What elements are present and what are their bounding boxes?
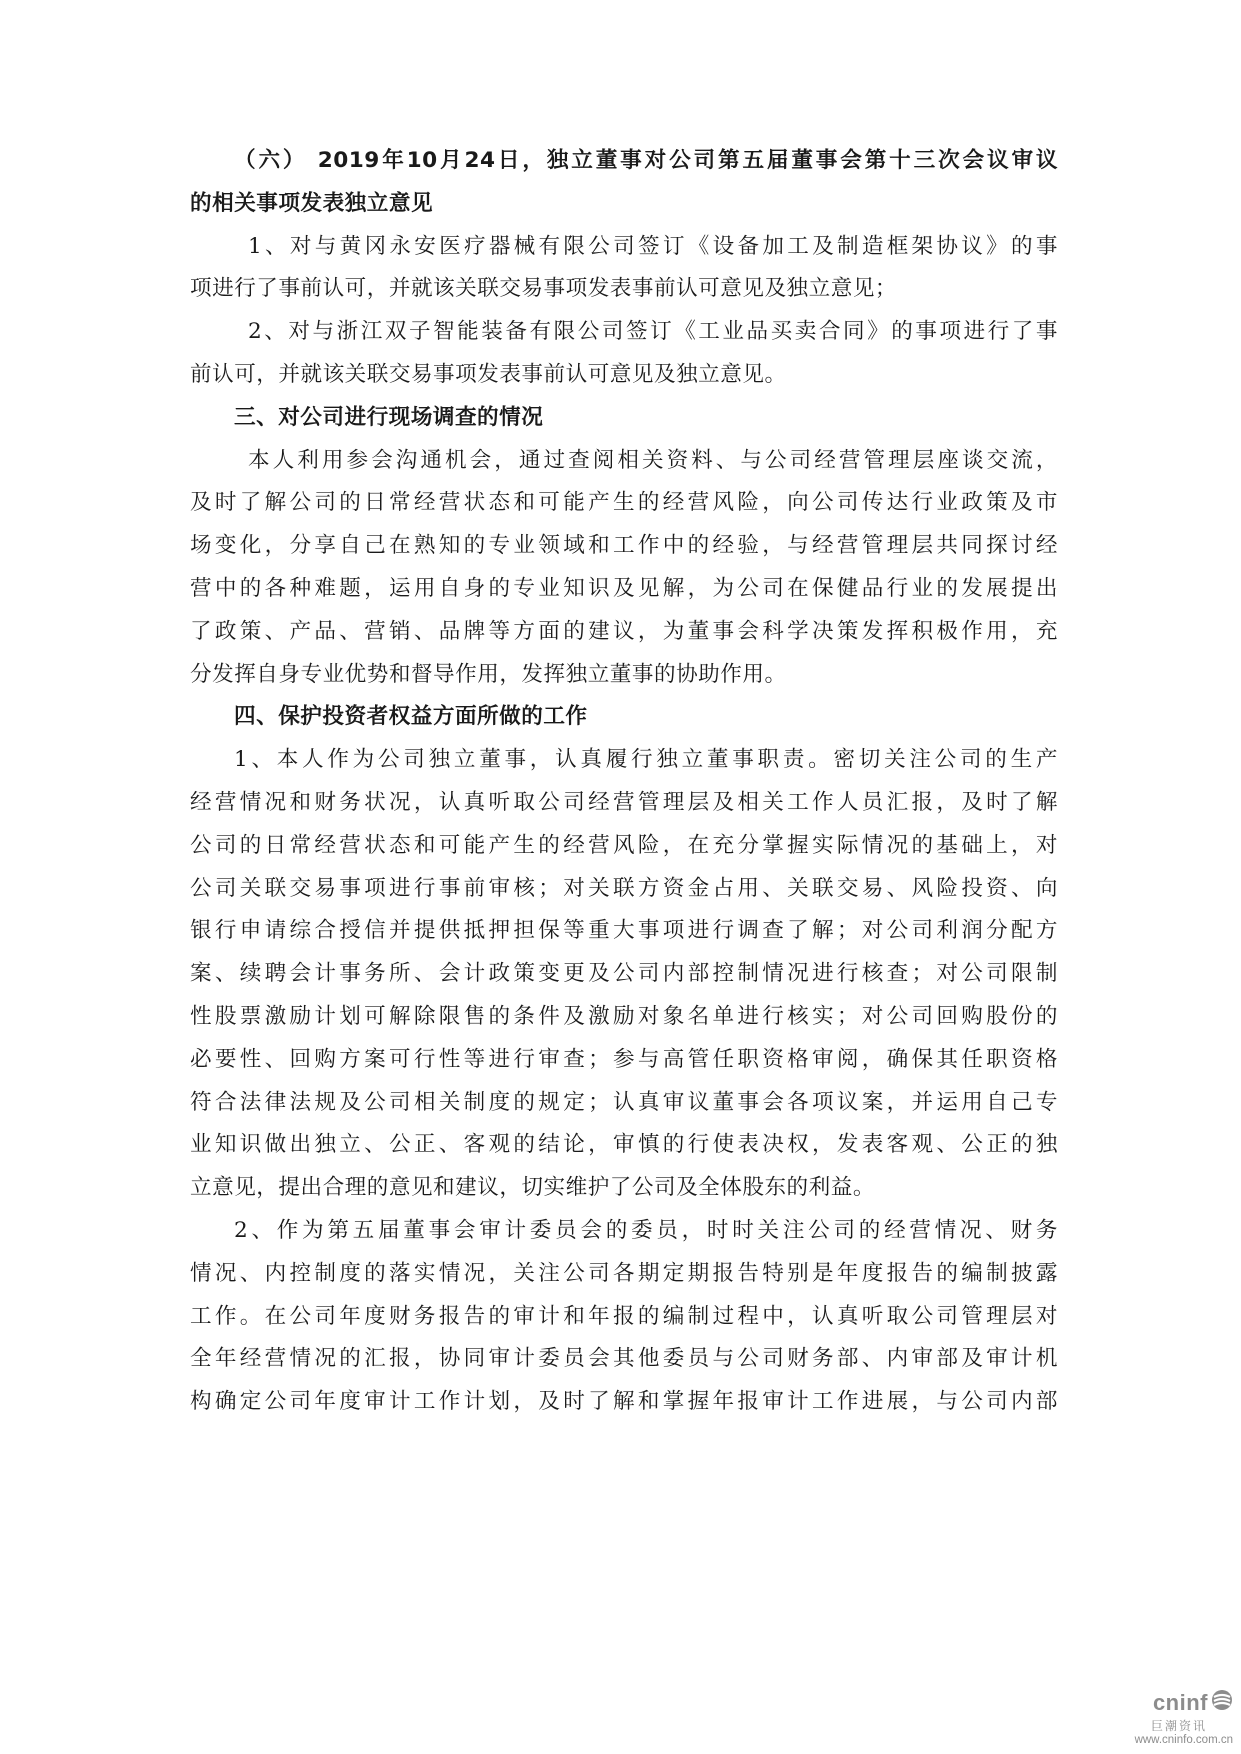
section4-item1-line-3: 公司的日常经营状态和可能产生的经营风险，在充分掌握实际情况的基础上，对 xyxy=(190,825,1058,868)
cninfo-chinese-name: 巨潮资讯 xyxy=(1135,1717,1207,1734)
section4-item1-line-4: 公司关联交易事项进行事前审核；对关联方资金占用、关联交易、风险投资、向 xyxy=(190,868,1058,911)
section4-item1-line-6: 案、续聘会计事务所、会计政策变更及公司内部控制情况进行核查；对公司限制 xyxy=(190,953,1058,996)
section4-item1-line-11: 立意见，提出合理的意见和建议，切实维护了公司及全体股东的利益。 xyxy=(190,1167,1058,1210)
section3-heading: 三、对公司进行现场调查的情况 xyxy=(190,397,1058,440)
section4-item2-line-5: 构确定公司年度审计工作计划，及时了解和掌握年报审计工作进展，与公司内部 xyxy=(190,1381,1058,1424)
section6-item1-line-2: 项进行了事前认可，并就该关联交易事项发表事前认可意见及独立意见； xyxy=(190,268,1058,311)
section4-item2-line-4: 全年经营情况的汇报，协同审计委员会其他委员与公司财务部、内审部及审计机 xyxy=(190,1338,1058,1381)
section4-item2-line-1: 2、作为第五届董事会审计委员会的委员，时时关注公司的经营情况、财务 xyxy=(190,1210,1058,1253)
cninfo-watermark: cninf 巨潮资讯 www.cninfo.com.cn xyxy=(1135,1689,1233,1746)
section3-para-line-1: 本人利用参会沟通机会，通过查阅相关资料、与公司经营管理层座谈交流， xyxy=(190,440,1058,483)
section3-para-line-2: 及时了解公司的日常经营状态和可能产生的经营风险，向公司传达行业政策及市 xyxy=(190,482,1058,525)
section6-heading-line-2: 的相关事项发表独立意见 xyxy=(190,183,1058,226)
cninfo-url: www.cninfo.com.cn xyxy=(1135,1734,1233,1746)
section6-item1-line-1: 1、对与黄冈永安医疗器械有限公司签订《设备加工及制造框架协议》的事 xyxy=(190,226,1058,269)
section3-para-line-5: 了政策、产品、营销、品牌等方面的建议，为董事会科学决策发挥积极作用，充 xyxy=(190,611,1058,654)
section3-para-line-3: 场变化，分享自己在熟知的专业领域和工作中的经验，与经营管理层共同探讨经 xyxy=(190,525,1058,568)
section3-para-line-6: 分发挥自身专业优势和督导作用，发挥独立董事的协助作用。 xyxy=(190,654,1058,697)
document-page: （六） 2019年10月24日，独立董事对公司第五届董事会第十三次会议审议 的相… xyxy=(190,140,1058,1424)
section4-item1-line-8: 必要性、回购方案可行性等进行审查；参与高管任职资格审阅，确保其任职资格 xyxy=(190,1039,1058,1082)
section4-item1-line-1: 1、本人作为公司独立董事，认真履行独立董事职责。密切关注公司的生产 xyxy=(190,739,1058,782)
section3-para-line-4: 营中的各种难题，运用自身的专业知识及见解，为公司在保健品行业的发展提出 xyxy=(190,568,1058,611)
section4-item1-line-10: 业知识做出独立、公正、客观的结论，审慎的行使表决权，发表客观、公正的独 xyxy=(190,1124,1058,1167)
section4-item1-line-7: 性股票激励计划可解除限售的条件及激励对象名单进行核实；对公司回购股份的 xyxy=(190,996,1058,1039)
section4-item1-line-5: 银行申请综合授信并提供抵押担保等重大事项进行调查了解；对公司利润分配方 xyxy=(190,910,1058,953)
section4-heading: 四、保护投资者权益方面所做的工作 xyxy=(190,696,1058,739)
section4-item1-line-2: 经营情况和财务状况，认真听取公司经营管理层及相关工作人员汇报，及时了解 xyxy=(190,782,1058,825)
cninfo-logo-text: cninf xyxy=(1153,1690,1208,1716)
section6-heading-line-1: （六） 2019年10月24日，独立董事对公司第五届董事会第十三次会议审议 xyxy=(190,140,1058,183)
section4-item1-line-9: 符合法律法规及公司相关制度的规定；认真审议董事会各项议案，并运用自己专 xyxy=(190,1082,1058,1125)
cninfo-swirl-icon xyxy=(1211,1689,1233,1717)
section4-item2-line-3: 工作。在公司年度财务报告的审计和年报的编制过程中，认真听取公司管理层对 xyxy=(190,1296,1058,1339)
section6-item2-line-2: 前认可，并就该关联交易事项发表事前认可意见及独立意见。 xyxy=(190,354,1058,397)
section6-item2-line-1: 2、对与浙江双子智能装备有限公司签订《工业品买卖合同》的事项进行了事 xyxy=(190,311,1058,354)
section4-item2-line-2: 情况、内控制度的落实情况，关注公司各期定期报告特别是年度报告的编制披露 xyxy=(190,1253,1058,1296)
cninfo-logo: cninf xyxy=(1135,1689,1233,1717)
